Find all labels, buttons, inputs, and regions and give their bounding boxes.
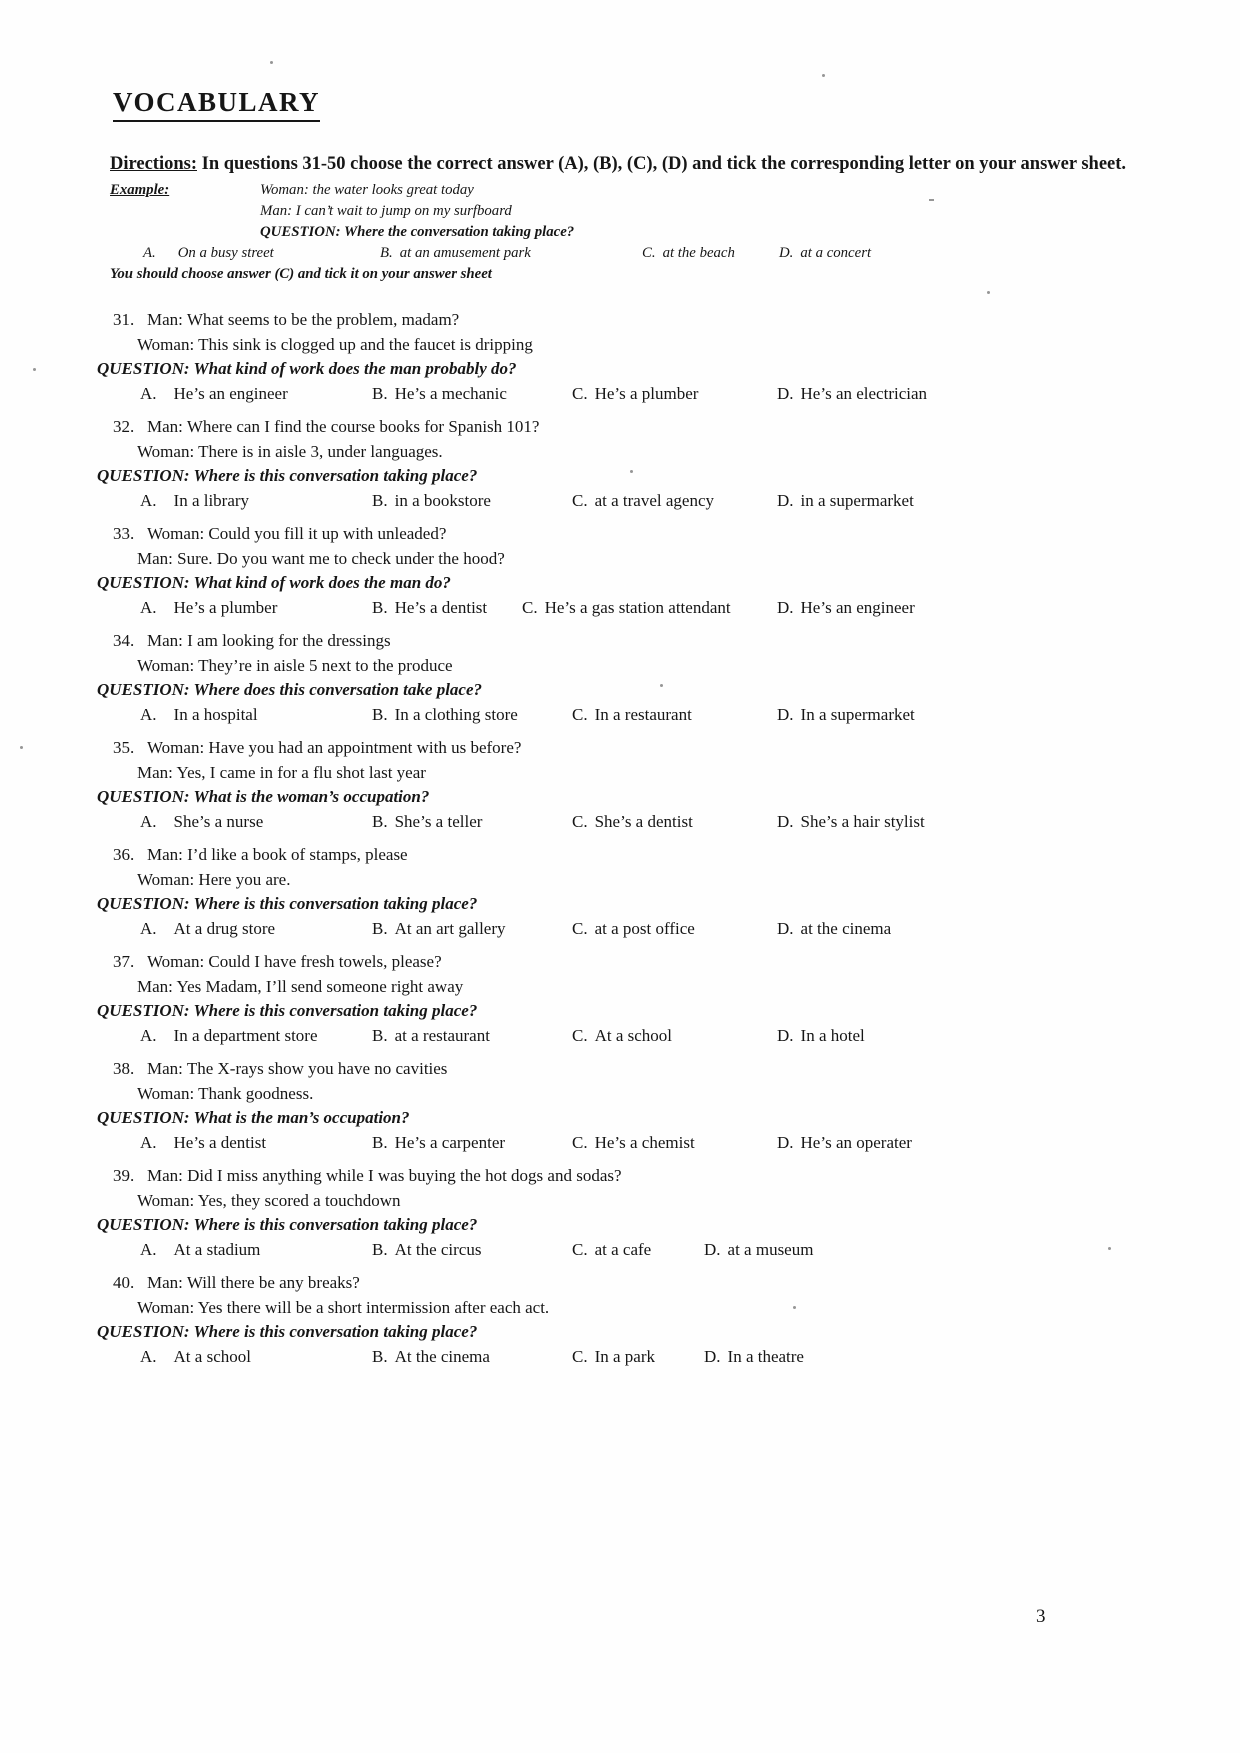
option-text: He’s a dentist [174,1133,267,1152]
question-options: A.At a school B.At the cinema C.In a par… [140,1345,1140,1370]
option-letter: D. [704,1347,721,1366]
option-letter: B. [372,491,388,510]
option-c: C.In a restaurant [572,703,777,728]
option-letter: D. [704,1240,721,1259]
question-number: 35. [113,736,147,761]
question-number: 31. [113,308,147,333]
dialogue-line-1: Man: Did I miss anything while I was buy… [147,1164,622,1189]
option-text: At the cinema [395,1347,490,1366]
question-prompt: QUESTION: Where is this conversation tak… [97,1213,1140,1238]
question-number: 38. [113,1057,147,1082]
document-page: VOCABULARY Directions: In questions 31-5… [0,0,1240,1753]
directions-label: Directions: [110,154,197,174]
question-line-1: 33. Woman: Could you fill it up with unl… [113,522,1140,547]
option-letter: B. [372,1240,388,1259]
example-row: Example: Woman: the water looks great to… [110,180,1140,201]
option-letter: D. [779,245,793,261]
option-c: C.He’s a plumber [572,382,777,407]
option-letter: B. [372,1347,388,1366]
option-text: In a library [174,491,250,510]
option-d: D.In a supermarket [777,703,1140,728]
option-text: at the cinema [801,919,892,938]
option-a: A.At a stadium [140,1238,372,1263]
question-options: A.At a drug store B.At an art gallery C.… [140,917,1140,942]
option-letter: B. [372,384,388,403]
question-block: 31. Man: What seems to be the problem, m… [97,308,1140,406]
option-b: B.He’s a mechanic [372,382,572,407]
option-text: On a busy street [178,245,274,261]
question-block: 36. Man: I’d like a book of stamps, plea… [97,843,1140,941]
option-text: at an amusement park [400,245,531,261]
option-d: D.He’s an electrician [777,382,1140,407]
question-number: 33. [113,522,147,547]
option-c: C.at a post office [572,917,777,942]
question-number: 34. [113,629,147,654]
option-text: at a restaurant [395,1026,490,1045]
option-a: A.In a department store [140,1024,372,1049]
option-text: She’s a teller [395,812,483,831]
question-number: 37. [113,950,147,975]
option-text: at a concert [800,245,871,261]
option-b: B.She’s a teller [372,810,572,835]
dialogue-line-2: Woman: They’re in aisle 5 next to the pr… [137,654,1140,679]
option-letter: B. [372,1133,388,1152]
scan-speck [929,199,934,201]
question-line-1: 40. Man: Will there be any breaks? [113,1271,1140,1296]
option-a: A.He’s an engineer [140,382,372,407]
option-text: at the beach [663,245,735,261]
page-number: 3 [1036,1606,1046,1628]
question-block: 40. Man: Will there be any breaks? Woman… [97,1271,1140,1369]
scan-speck [270,61,273,64]
option-text: He’s an operater [801,1133,912,1152]
option-a: A.At a school [140,1345,372,1370]
dialogue-line-2: Woman: Here you are. [137,868,1140,893]
dialogue-line-1: Man: I am looking for the dressings [147,629,391,654]
option-b: B.in a bookstore [372,489,572,514]
option-letter: C. [572,919,588,938]
question-options: A.In a hospital B.In a clothing store C.… [140,703,1140,728]
option-letter: C. [572,491,588,510]
question-line-1: 34. Man: I am looking for the dressings [113,629,1140,654]
option-a: A.He’s a dentist [140,1131,372,1156]
option-letter: B. [372,812,388,831]
option-text: at a post office [595,919,695,938]
dialogue-line-1: Woman: Could I have fresh towels, please… [147,950,442,975]
example-note: You should choose answer (C) and tick it… [110,264,1140,285]
question-block: 32. Man: Where can I find the course boo… [97,415,1140,513]
option-text: He’s a carpenter [395,1133,505,1152]
option-letter: C. [642,245,656,261]
option-text: In a theatre [728,1347,804,1366]
question-prompt: QUESTION: Where is this conversation tak… [97,999,1140,1024]
option-a: A.He’s a plumber [140,596,372,621]
question-line-1: 37. Woman: Could I have fresh towels, pl… [113,950,1140,975]
option-b: B.He’s a dentist [372,596,522,621]
example-question: QUESTION: Where the conversation taking … [260,222,1140,243]
option-d: D.In a hotel [777,1024,1140,1049]
question-prompt: QUESTION: Where is this conversation tak… [97,892,1140,917]
question-prompt: QUESTION: What kind of work does the man… [97,357,1140,382]
option-letter: D. [777,491,794,510]
question-block: 33. Woman: Could you fill it up with unl… [97,522,1140,620]
dialogue-line-1: Man: Where can I find the course books f… [147,415,539,440]
dialogue-line-2: Man: Yes, I came in for a flu shot last … [137,761,1140,786]
example-option-d: D.at a concert [779,243,1140,264]
option-text: In a park [595,1347,655,1366]
dialogue-line-2: Woman: Yes there will be a short intermi… [137,1296,1140,1321]
question-prompt: QUESTION: What is the man’s occupation? [97,1106,1140,1131]
questions-list: 31. Man: What seems to be the problem, m… [97,308,1140,1369]
option-d: D.at a museum [704,1238,1140,1263]
question-number: 32. [113,415,147,440]
option-text: At a school [174,1347,251,1366]
option-letter: B. [380,245,393,261]
option-text: He’s an engineer [174,384,288,403]
option-text: in a supermarket [801,491,914,510]
question-line-1: 32. Man: Where can I find the course boo… [113,415,1140,440]
option-text: He’s a plumber [595,384,699,403]
question-options: A.In a department store B.at a restauran… [140,1024,1140,1049]
option-b: B.In a clothing store [372,703,572,728]
option-letter: A. [140,384,157,403]
scan-speck [630,470,633,473]
option-b: B.He’s a carpenter [372,1131,572,1156]
directions-paragraph: Directions: In questions 31-50 choose th… [110,150,1142,179]
question-block: 35. Woman: Have you had an appointment w… [97,736,1140,834]
option-text: In a department store [174,1026,318,1045]
scan-speck [20,746,23,749]
option-a: A.In a library [140,489,372,514]
option-letter: A. [140,1240,157,1259]
option-text: At the circus [395,1240,482,1259]
option-text: He’s a plumber [174,598,278,617]
option-text: In a clothing store [395,705,518,724]
option-c: C.In a park [572,1345,704,1370]
option-letter: A. [140,491,157,510]
option-text: At an art gallery [395,919,506,938]
option-text: He’s a mechanic [395,384,507,403]
page-title: VOCABULARY [113,88,320,122]
scan-speck [793,1306,796,1309]
dialogue-line-2: Woman: Yes, they scored a touchdown [137,1189,1140,1214]
question-options: A.He’s an engineer B.He’s a mechanic C.H… [140,382,1140,407]
question-prompt: QUESTION: What is the woman’s occupation… [97,785,1140,810]
option-text: At a school [595,1026,672,1045]
option-letter: A. [140,1347,157,1366]
option-d: D.She’s a hair stylist [777,810,1140,835]
question-line-1: 31. Man: What seems to be the problem, m… [113,308,1140,333]
option-a: A.At a drug store [140,917,372,942]
option-letter: C. [522,598,538,617]
question-line-1: 38. Man: The X-rays show you have no cav… [113,1057,1140,1082]
option-a: A.In a hospital [140,703,372,728]
option-text: She’s a nurse [174,812,264,831]
option-b: B.At the circus [372,1238,572,1263]
option-text: at a museum [728,1240,814,1259]
question-number: 40. [113,1271,147,1296]
option-letter: A. [140,1026,157,1045]
scan-speck [33,368,36,371]
option-letter: B. [372,1026,388,1045]
dialogue-line-1: Man: The X-rays show you have no cavitie… [147,1057,447,1082]
option-text: at a cafe [595,1240,652,1259]
question-block: 39. Man: Did I miss anything while I was… [97,1164,1140,1262]
option-c: C.He’s a chemist [572,1131,777,1156]
option-c: C.at a travel agency [572,489,777,514]
option-text: At a stadium [174,1240,261,1259]
option-text: He’s a chemist [595,1133,695,1152]
option-text: In a hospital [174,705,258,724]
question-line-1: 39. Man: Did I miss anything while I was… [113,1164,1140,1189]
option-b: B.At the cinema [372,1345,572,1370]
option-letter: A. [140,1133,157,1152]
question-prompt: QUESTION: Where is this conversation tak… [97,464,1140,489]
option-letter: D. [777,812,794,831]
option-letter: D. [777,598,794,617]
option-d: D.He’s an operater [777,1131,1140,1156]
question-block: 37. Woman: Could I have fresh towels, pl… [97,950,1140,1048]
option-text: In a hotel [801,1026,865,1045]
option-c: C.He’s a gas station attendant [522,596,777,621]
option-letter: A. [140,919,157,938]
option-text: She’s a dentist [595,812,693,831]
dialogue-line-1: Woman: Have you had an appointment with … [147,736,521,761]
option-text: He’s a gas station attendant [545,598,731,617]
question-prompt: QUESTION: Where is this conversation tak… [97,1320,1140,1345]
dialogue-line-2: Man: Yes Madam, I’ll send someone right … [137,975,1140,1000]
option-letter: A. [143,245,156,261]
option-d: D.in a supermarket [777,489,1140,514]
option-text: In a restaurant [595,705,692,724]
dialogue-line-1: Man: What seems to be the problem, madam… [147,308,459,333]
question-prompt: QUESTION: Where does this conversation t… [97,678,1140,703]
dialogue-line-2: Man: Sure. Do you want me to check under… [137,547,1140,572]
option-letter: B. [372,705,388,724]
question-line-1: 35. Woman: Have you had an appointment w… [113,736,1140,761]
question-options: A.He’s a plumber B.He’s a dentist C.He’s… [140,596,1140,621]
question-options: A.At a stadium B.At the circus C.at a ca… [140,1238,1140,1263]
dialogue-line-1: Man: I’d like a book of stamps, please [147,843,408,868]
option-text: in a bookstore [395,491,491,510]
option-letter: C. [572,1133,588,1152]
question-options: A.In a library B.in a bookstore C.at a t… [140,489,1140,514]
option-text: She’s a hair stylist [801,812,925,831]
option-letter: A. [140,598,157,617]
scan-speck [987,291,990,294]
dialogue-line-2: Woman: Thank goodness. [137,1082,1140,1107]
option-letter: A. [140,705,157,724]
dialogue-line-1: Man: Will there be any breaks? [147,1271,360,1296]
question-block: 34. Man: I am looking for the dressings … [97,629,1140,727]
option-c: C.At a school [572,1024,777,1049]
dialogue-line-2: Woman: This sink is clogged up and the f… [137,333,1140,358]
option-letter: D. [777,705,794,724]
example-option-c: C.at the beach [642,243,779,264]
option-letter: A. [140,812,157,831]
question-options: A.He’s a dentist B.He’s a carpenter C.He… [140,1131,1140,1156]
option-letter: C. [572,1347,588,1366]
question-number: 39. [113,1164,147,1189]
option-letter: C. [572,812,588,831]
directions-text: In questions 31-50 choose the correct an… [202,154,1126,174]
option-letter: D. [777,1133,794,1152]
example-option-b: B.at an amusement park [380,243,642,264]
option-d: D.He’s an engineer [777,596,1140,621]
option-letter: B. [372,919,388,938]
question-block: 38. Man: The X-rays show you have no cav… [97,1057,1140,1155]
example-section: Example: Woman: the water looks great to… [110,180,1140,284]
question-number: 36. [113,843,147,868]
dialogue-line-2: Woman: There is in aisle 3, under langua… [137,440,1140,465]
example-option-a: A.On a busy street [143,243,380,264]
option-d: D.In a theatre [704,1345,1140,1370]
question-line-1: 36. Man: I’d like a book of stamps, plea… [113,843,1140,868]
example-label: Example: [110,180,260,201]
question-prompt: QUESTION: What kind of work does the man… [97,571,1140,596]
dialogue-line-1: Woman: Could you fill it up with unleade… [147,522,446,547]
question-options: A.She’s a nurse B.She’s a teller C.She’s… [140,810,1140,835]
option-text: In a supermarket [801,705,915,724]
option-text: At a drug store [174,919,276,938]
option-text: at a travel agency [595,491,714,510]
option-text: He’s a dentist [395,598,488,617]
example-options: A.On a busy street B.at an amusement par… [143,243,1140,264]
option-letter: B. [372,598,388,617]
scan-speck [660,684,663,687]
option-text: He’s an electrician [801,384,928,403]
option-letter: D. [777,384,794,403]
option-text: He’s an engineer [801,598,915,617]
option-letter: D. [777,1026,794,1045]
option-a: A.She’s a nurse [140,810,372,835]
option-letter: C. [572,705,588,724]
option-b: B.At an art gallery [372,917,572,942]
option-letter: C. [572,1026,588,1045]
option-d: D.at the cinema [777,917,1140,942]
option-c: C.at a cafe [572,1238,704,1263]
option-letter: D. [777,919,794,938]
option-letter: C. [572,384,588,403]
option-b: B.at a restaurant [372,1024,572,1049]
option-letter: C. [572,1240,588,1259]
scan-speck [1108,1247,1111,1250]
scan-speck [822,74,825,77]
example-dialogue-1: Woman: the water looks great today [260,180,474,201]
page-content: VOCABULARY Directions: In questions 31-5… [0,0,1240,1369]
option-c: C.She’s a dentist [572,810,777,835]
example-dialogue-2: Man: I can’t wait to jump on my surfboar… [260,201,1140,222]
